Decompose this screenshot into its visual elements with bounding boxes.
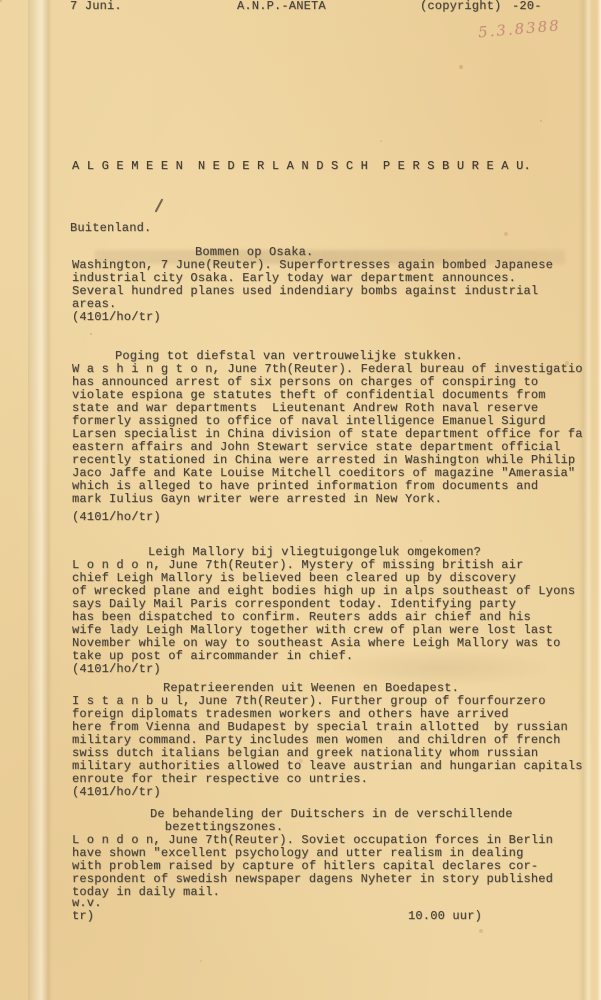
scanned-press-bulletin-page: 5.3.8388 A L G E M E E N N E D E R L A N…: [0, 0, 601, 1000]
section-label: Buitenland.: [70, 222, 151, 235]
handwritten-archive-number: 5.3.8388: [477, 16, 561, 41]
transmission-signoff: tr): [72, 910, 94, 923]
article-signoff: (4101/ho/tr): [72, 311, 601, 324]
bulletin-date: 7 Juni.: [70, 0, 122, 13]
transmission-time: 10.00 uur): [408, 910, 482, 923]
article-body: L o n d o n, June 7th(Reuter). Mystery o…: [72, 559, 601, 663]
copyright-notice: (copyright): [420, 0, 501, 13]
paper-crease-left: [28, 0, 52, 1000]
article-poging-tot-diefstal: Poging tot diefstal van vertrouwelijke s…: [72, 350, 601, 524]
article-signoff: (4101/ho/tr): [72, 511, 601, 524]
article-body: Washington, 7 June(Reuter). Superfortres…: [72, 259, 601, 311]
agency-masthead: A L G E M E E N N E D E R L A N D S C H …: [72, 160, 531, 173]
page-number: -20-: [512, 0, 542, 13]
wire-service-code: A.N.P.-ANETA: [237, 0, 326, 13]
article-body: I s t a n b u l, June 7th(Reuter). Furth…: [72, 695, 601, 786]
article-leigh-mallory: Leigh Mallory bij vliegtuigongeluk omgek…: [72, 546, 601, 676]
article-behandeling-duitschers: De behandeling der Duitschers in de vers…: [72, 808, 601, 899]
article-bommen-op-osaka: Bommen op Osaka. Washington, 7 June(Reut…: [72, 246, 601, 324]
article-body: L o n d o n, June 7th(Reuter). Soviet oc…: [72, 834, 601, 899]
article-body: W a s h i n g t o n, June 7th(Reuter). F…: [72, 363, 601, 506]
article-title: De behandeling der Duitschers in de vers…: [72, 808, 601, 834]
article-signoff: (4101/ho/tr): [72, 663, 601, 676]
article-repatrieerenden: Repatrieerenden uit Weenen en Boedapest.…: [72, 682, 601, 799]
bulletin-header-row: 7 Juni. A.N.P.-ANETA (copyright) -20-: [0, 0, 601, 14]
pen-check-mark: [155, 198, 164, 212]
article-signoff: (4101/ho/tr): [72, 786, 601, 799]
